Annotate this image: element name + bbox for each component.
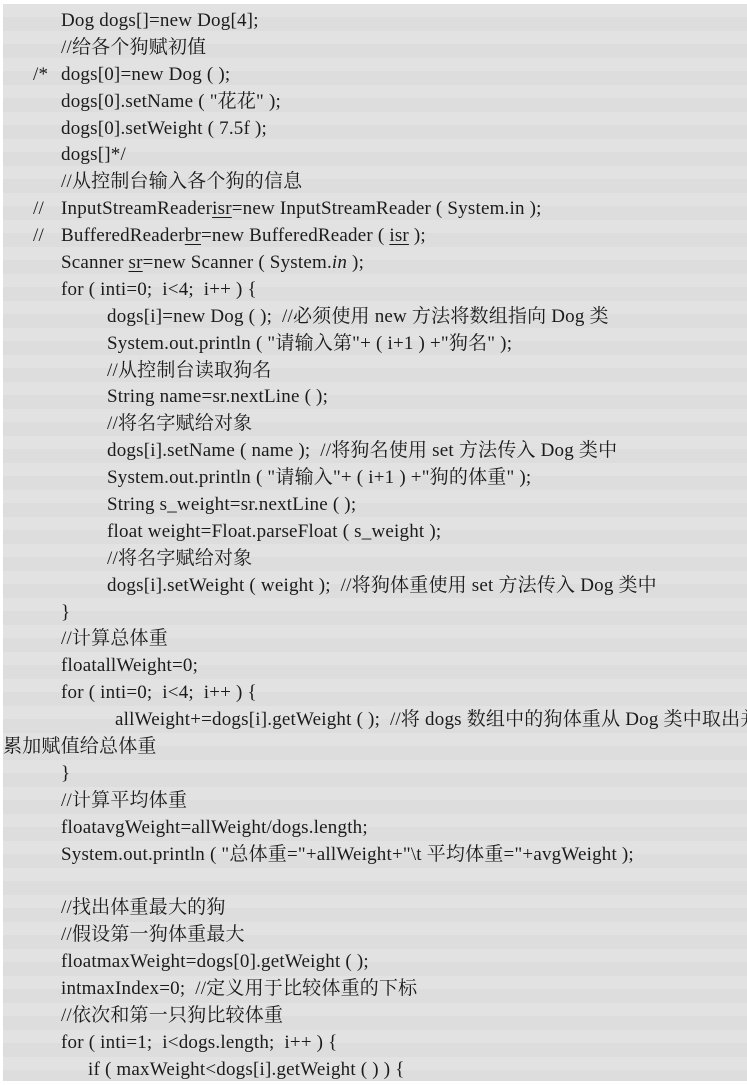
code-line: floatallWeight=0; — [3, 653, 747, 680]
code-line: dogs[]*/ — [3, 142, 747, 169]
code-line: 累加赋值给总体重 — [3, 734, 747, 761]
code-line: String s_weight=sr.nextLine ( ); — [3, 492, 747, 519]
code-segment: String name=sr.nextLine ( ); — [107, 386, 328, 407]
code-line: for ( inti=1; i<dogs.length; i++ ) { — [3, 1030, 747, 1057]
comment-gutter-marker: // — [33, 223, 44, 250]
code-segment: if ( maxWeight<dogs[i].getWeight ( ) ) { — [88, 1059, 405, 1080]
code-segment: floatmaxWeight=dogs[0].getWeight ( ); — [61, 951, 369, 972]
code-line: for ( inti=0; i<4; i++ ) { — [3, 277, 747, 304]
code-line: //给各个狗赋初值 — [3, 35, 747, 62]
code-segment: } — [61, 763, 70, 784]
code-segment: //将名字赋给对象 — [107, 413, 252, 434]
code-segment: for ( inti=1; i<dogs.length; i++ ) { — [61, 1032, 337, 1053]
code-line: intmaxIndex=0; //定义用于比较体重的下标 — [3, 976, 747, 1003]
code-line: //将名字赋给对象 — [3, 546, 747, 573]
code-block: Dog dogs[]=new Dog[4];//给各个狗赋初值/*dogs[0]… — [3, 4, 747, 1081]
code-line: //将名字赋给对象 — [3, 411, 747, 438]
code-segment: dogs[]*/ — [61, 144, 126, 165]
underlined-code-segment: br — [185, 225, 201, 246]
code-segment: //将名字赋给对象 — [107, 548, 252, 569]
code-line: System.out.println ( "请输入"+ ( i+1 ) +"狗的… — [3, 465, 747, 492]
code-segment: ); — [347, 252, 364, 273]
code-line — [3, 869, 747, 896]
underlined-code-segment: sr — [129, 252, 143, 273]
code-segment: dogs[0].setWeight ( 7.5f ); — [61, 118, 267, 139]
code-segment: float weight=Float.parseFloat ( s_weight… — [107, 521, 441, 542]
code-line: //BufferedReaderbr=new BufferedReader ( … — [3, 223, 747, 250]
code-segment: System.out.println ( "请输入"+ ( i+1 ) +"狗的… — [107, 467, 531, 488]
code-line: Dog dogs[]=new Dog[4]; — [3, 8, 747, 35]
code-segment: //给各个狗赋初值 — [61, 37, 206, 58]
code-segment: intmaxIndex=0; //定义用于比较体重的下标 — [61, 978, 417, 999]
code-segment: for ( inti=0; i<4; i++ ) { — [61, 682, 257, 703]
code-segment: BufferedReader — [61, 225, 185, 246]
code-segment: allWeight+=dogs[i].getWeight ( ); //将 do… — [115, 709, 747, 730]
code-line: //从控制台读取狗名 — [3, 358, 747, 385]
code-segment: System.out.println ( "请输入第"+ ( i+1 ) +"狗… — [107, 333, 512, 354]
code-segment: InputStreamReader — [61, 198, 212, 219]
code-line: /*dogs[0]=new Dog ( ); — [3, 62, 747, 89]
code-line: dogs[0].setWeight ( 7.5f ); — [3, 116, 747, 143]
comment-gutter-marker: // — [33, 196, 44, 223]
code-segment: dogs[i].setName ( name ); //将狗名使用 set 方法… — [107, 440, 617, 461]
code-segment: } — [61, 602, 70, 623]
code-line: Scanner sr=new Scanner ( System.in ); — [3, 250, 747, 277]
code-line: //从控制台输入各个狗的信息 — [3, 169, 747, 196]
code-line: dogs[i].setName ( name ); //将狗名使用 set 方法… — [3, 438, 747, 465]
code-line: dogs[i]=new Dog ( ); //必须使用 new 方法将数组指向 … — [3, 304, 747, 331]
code-segment: String s_weight=sr.nextLine ( ); — [107, 494, 356, 515]
comment-gutter-marker: /* — [33, 62, 48, 89]
code-segment: for ( inti=0; i<4; i++ ) { — [61, 279, 257, 300]
code-segment: floatavgWeight=allWeight/dogs.length; — [61, 817, 368, 838]
code-line: //InputStreamReaderisr=new InputStreamRe… — [3, 196, 747, 223]
code-segment: floatallWeight=0; — [61, 655, 198, 676]
code-segment: dogs[0]=new Dog ( ); — [61, 64, 230, 85]
underlined-code-segment: isr — [389, 225, 409, 246]
code-segment: Scanner — [61, 252, 129, 273]
code-line: } — [3, 761, 747, 788]
code-segment: dogs[i].setWeight ( weight ); //将狗体重使用 s… — [107, 575, 657, 596]
code-segment: =new BufferedReader ( — [201, 225, 389, 246]
scanned-page: Dog dogs[]=new Dog[4];//给各个狗赋初值/*dogs[0]… — [3, 4, 747, 1081]
code-segment: ); — [409, 225, 426, 246]
code-line: floatavgWeight=allWeight/dogs.length; — [3, 815, 747, 842]
code-segment: //从控制台读取狗名 — [107, 360, 272, 381]
code-segment: //找出体重最大的狗 — [61, 897, 226, 918]
code-segment: dogs[0].setName ( "花花" ); — [61, 91, 281, 112]
code-segment: //依次和第一只狗比较体重 — [61, 1005, 283, 1026]
code-line: //计算平均体重 — [3, 788, 747, 815]
code-segment: System.out.println ( "总体重="+allWeight+"\… — [61, 844, 634, 865]
code-line: allWeight+=dogs[i].getWeight ( ); //将 do… — [3, 707, 747, 734]
code-segment: //从控制台输入各个狗的信息 — [61, 171, 302, 192]
code-line: dogs[0].setName ( "花花" ); — [3, 89, 747, 116]
code-line: //假设第一狗体重最大 — [3, 922, 747, 949]
code-segment: =new InputStreamReader ( System.in ); — [232, 198, 542, 219]
code-line: //依次和第一只狗比较体重 — [3, 1003, 747, 1030]
code-line: //找出体重最大的狗 — [3, 895, 747, 922]
code-line: for ( inti=0; i<4; i++ ) { — [3, 680, 747, 707]
code-line: dogs[i].setWeight ( weight ); //将狗体重使用 s… — [3, 573, 747, 600]
code-line: System.out.println ( "总体重="+allWeight+"\… — [3, 842, 747, 869]
code-line: System.out.println ( "请输入第"+ ( i+1 ) +"狗… — [3, 331, 747, 358]
code-line: floatmaxWeight=dogs[0].getWeight ( ); — [3, 949, 747, 976]
code-segment: //假设第一狗体重最大 — [61, 924, 245, 945]
underlined-code-segment: isr — [212, 198, 232, 219]
code-segment: //计算总体重 — [61, 628, 168, 649]
code-segment: Dog dogs[]=new Dog[4]; — [61, 10, 259, 31]
code-line: float weight=Float.parseFloat ( s_weight… — [3, 519, 747, 546]
code-segment: dogs[i]=new Dog ( ); //必须使用 new 方法将数组指向 … — [107, 306, 609, 327]
code-segment: //计算平均体重 — [61, 790, 187, 811]
code-line: String name=sr.nextLine ( ); — [3, 384, 747, 411]
code-line: } — [3, 600, 747, 627]
code-segment: =new Scanner ( System. — [143, 252, 332, 273]
italic-code-segment: in — [332, 252, 347, 273]
code-line: //计算总体重 — [3, 626, 747, 653]
code-segment: 累加赋值给总体重 — [3, 736, 157, 757]
code-line: if ( maxWeight<dogs[i].getWeight ( ) ) { — [3, 1057, 747, 1081]
